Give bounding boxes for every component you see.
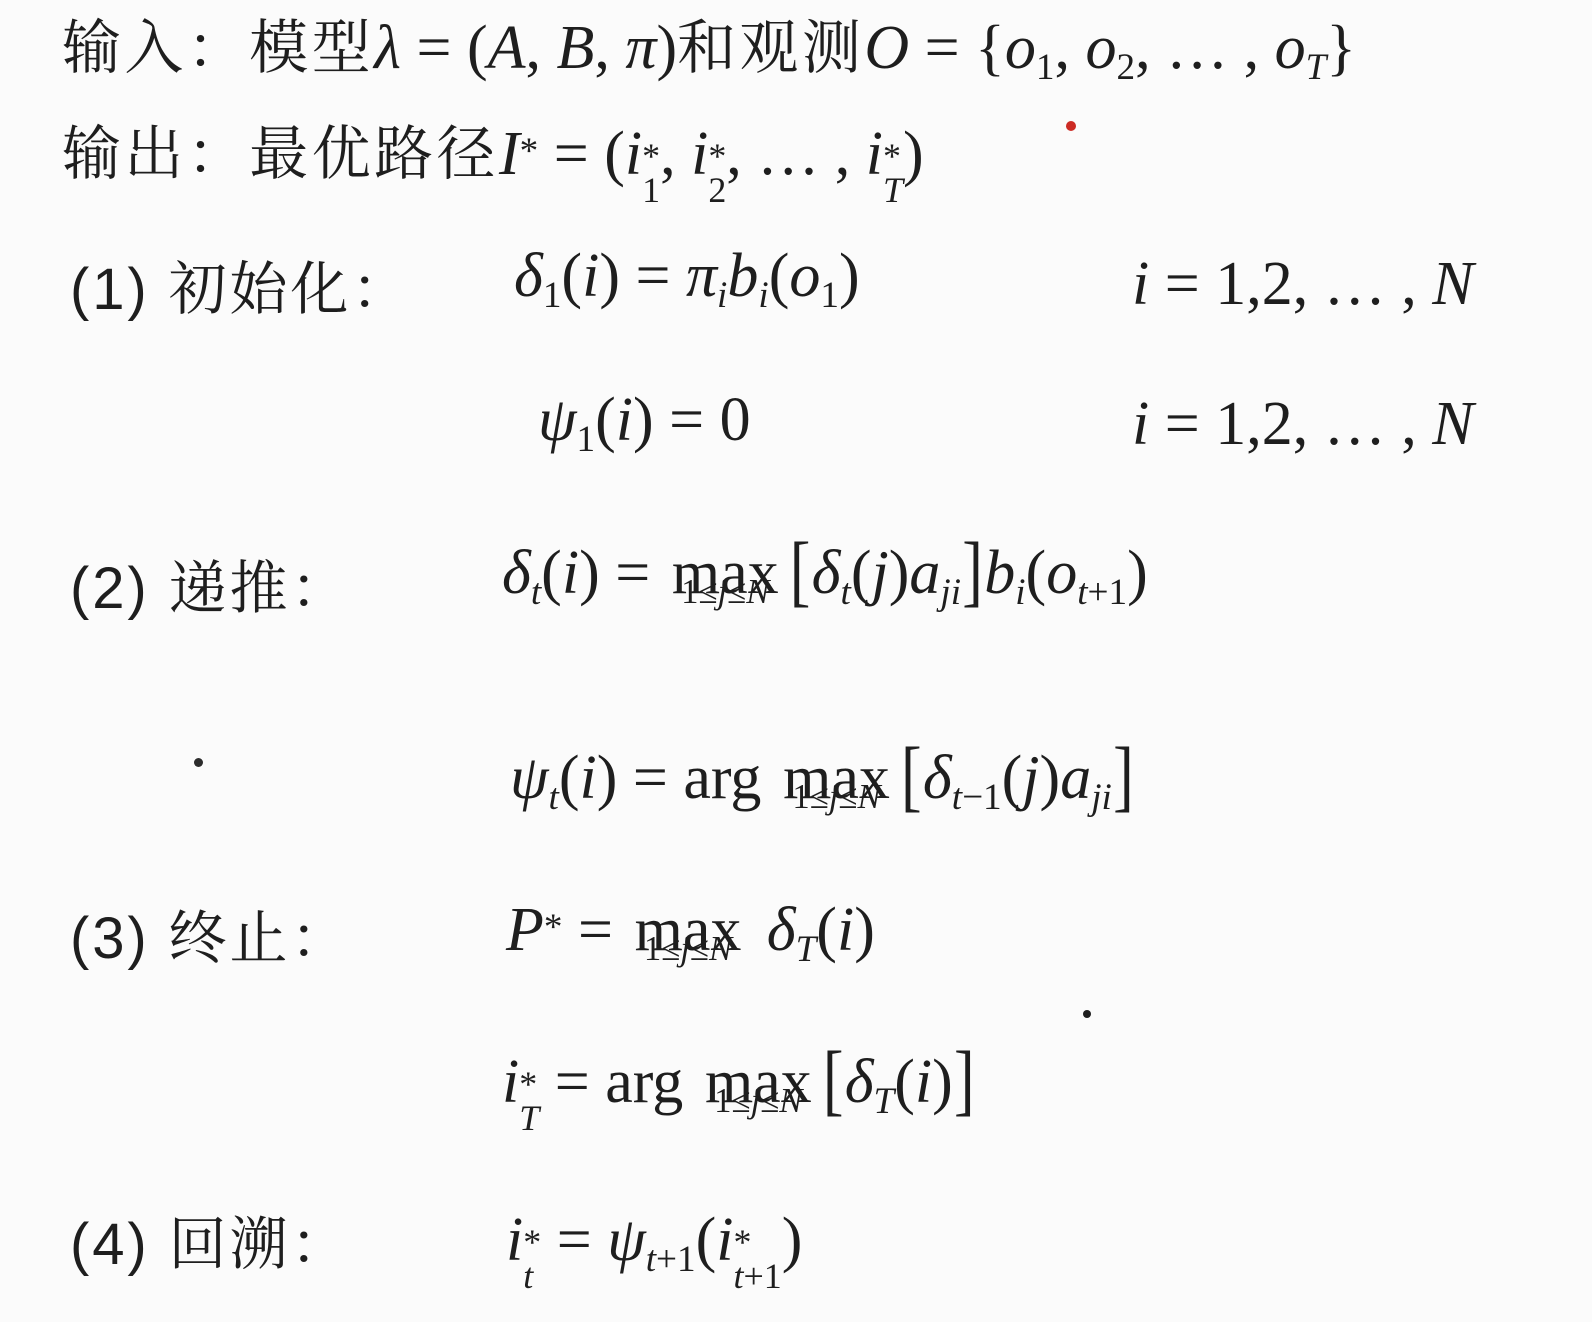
step4-label: (4) 回溯： [70,1212,351,1279]
step1-condition-a: i = 1,2, … , N [1132,248,1474,321]
step2-formula-psi-recursion: ψt(i) = arg max1≤j≤N[δt−1(j)aji] [510,742,1135,820]
step3-formula-p-star: P* = max1≤j≤N δT(i) [506,894,875,972]
step2-label: (2) 递推： [70,556,351,623]
ink-speck-1 [194,758,203,767]
step1-label: (1) 初始化： [70,257,412,324]
red-dot-mark [1066,121,1076,131]
step2-formula-delta-recursion: δt(i) = max1≤j≤N[δt(j)aji]bi(ot+1) [502,537,1148,615]
ink-speck-2 [1083,1010,1091,1018]
step1-condition-b: i = 1,2, … , N [1132,388,1474,461]
step1-formula-delta-init: δ1(i) = πibi(o1) [514,240,860,318]
document-canvas: 输入：模型λ = (A, B, π)和观测O = {o1, o2, … , oT… [0,0,1592,1322]
input-line: 输入：模型λ = (A, B, π)和观测O = {o1, o2, … , oT… [62,12,1356,90]
step3-formula-i-star-T: i*T = arg max1≤j≤N[δT(i)] [502,1046,976,1135]
output-line: 输出：最优路径I* = (i*1, i*2, … , i*T) [62,118,924,207]
step3-label: (3) 终止： [70,906,351,973]
step4-formula-backtrack: i*t = ψt+1(i*t+1) [506,1204,802,1293]
step1-formula-psi-init: ψ1(i) = 0 [538,384,751,462]
